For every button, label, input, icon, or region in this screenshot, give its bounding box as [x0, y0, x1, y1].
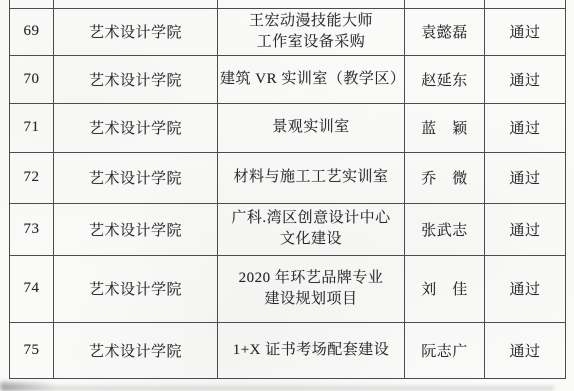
project-line: 建筑 VR 实训室（教学区） — [220, 69, 402, 90]
row-index: 75 — [10, 322, 54, 378]
row-index: 70 — [10, 55, 54, 103]
project-line: 工作室设备采购 — [220, 32, 402, 53]
table-row: 71 艺术设计学院 景观实训室 蓝 颖 通过 — [10, 103, 566, 152]
project-cell: 王宏动漫技能大师 工作室设备采购 — [218, 8, 405, 55]
college-cell: 艺术设计学院 — [54, 152, 218, 203]
project-line: 王宏动漫技能大师 — [220, 11, 402, 32]
status-cell: 通过 — [485, 203, 566, 255]
person-cell: 蓝 颖 — [405, 103, 485, 152]
college-cell: 艺术设计学院 — [54, 8, 218, 55]
college-cell: 艺术设计学院 — [54, 103, 218, 152]
college-cell: 艺术设计学院 — [54, 203, 218, 255]
status-cell: 通过 — [485, 152, 566, 203]
project-line: 建设规划项目 — [220, 289, 402, 310]
person-cell: 赵延东 — [405, 55, 485, 103]
scan-smudge — [0, 382, 70, 391]
project-cell: 2020 年环艺品牌专业 建设规划项目 — [218, 255, 405, 322]
table-row: 73 艺术设计学院 广科.湾区创意设计中心 文化建设 张武志 通过 — [10, 203, 566, 255]
project-line: 文化建设 — [220, 229, 402, 250]
status-cell: 通过 — [485, 255, 566, 322]
person-cell: 张武志 — [405, 203, 485, 255]
project-cell: 材料与施工工艺实训室 — [218, 152, 405, 203]
project-cell: 景观实训室 — [218, 103, 405, 152]
college-cell: 艺术设计学院 — [54, 255, 218, 322]
status-cell: 通过 — [485, 322, 566, 378]
table-row: 75 艺术设计学院 1+X 证书考场配套建设 阮志广 通过 — [10, 322, 566, 378]
row-index: 72 — [10, 152, 54, 203]
college-cell: 艺术设计学院 — [54, 55, 218, 103]
person-cell: 乔 微 — [405, 152, 485, 203]
project-cell: 1+X 证书考场配套建设 — [218, 322, 405, 378]
scanned-document-page: 69 艺术设计学院 王宏动漫技能大师 工作室设备采购 袁懿磊 通过 70 艺术设… — [0, 0, 574, 391]
project-line: 材料与施工工艺实训室 — [220, 167, 402, 188]
status-cell: 通过 — [485, 103, 566, 152]
project-line: 广科.湾区创意设计中心 — [220, 208, 402, 229]
empty-cell — [54, 0, 218, 8]
empty-cell — [10, 0, 54, 8]
college-cell: 艺术设计学院 — [54, 322, 218, 378]
status-cell: 通过 — [485, 55, 566, 103]
project-line: 1+X 证书考场配套建设 — [220, 340, 402, 361]
person-cell: 袁懿磊 — [405, 8, 485, 55]
approval-table: 69 艺术设计学院 王宏动漫技能大师 工作室设备采购 袁懿磊 通过 70 艺术设… — [9, 0, 566, 379]
empty-cell — [405, 0, 485, 8]
row-index: 71 — [10, 103, 54, 152]
empty-cell — [218, 0, 405, 8]
table-row: 69 艺术设计学院 王宏动漫技能大师 工作室设备采购 袁懿磊 通过 — [10, 8, 566, 55]
table-row: 70 艺术设计学院 建筑 VR 实训室（教学区） 赵延东 通过 — [10, 55, 566, 103]
project-cell: 建筑 VR 实训室（教学区） — [218, 55, 405, 103]
project-cell: 广科.湾区创意设计中心 文化建设 — [218, 203, 405, 255]
project-line: 2020 年环艺品牌专业 — [220, 268, 402, 289]
person-cell: 刘 佳 — [405, 255, 485, 322]
row-index: 69 — [10, 8, 54, 55]
project-line: 景观实训室 — [220, 117, 402, 138]
row-index: 74 — [10, 255, 54, 322]
status-cell: 通过 — [485, 8, 566, 55]
person-cell: 阮志广 — [405, 322, 485, 378]
table-row: 74 艺术设计学院 2020 年环艺品牌专业 建设规划项目 刘 佳 通过 — [10, 255, 566, 322]
empty-cell — [485, 0, 566, 8]
partial-row — [10, 0, 566, 8]
row-index: 73 — [10, 203, 54, 255]
table-row: 72 艺术设计学院 材料与施工工艺实训室 乔 微 通过 — [10, 152, 566, 203]
